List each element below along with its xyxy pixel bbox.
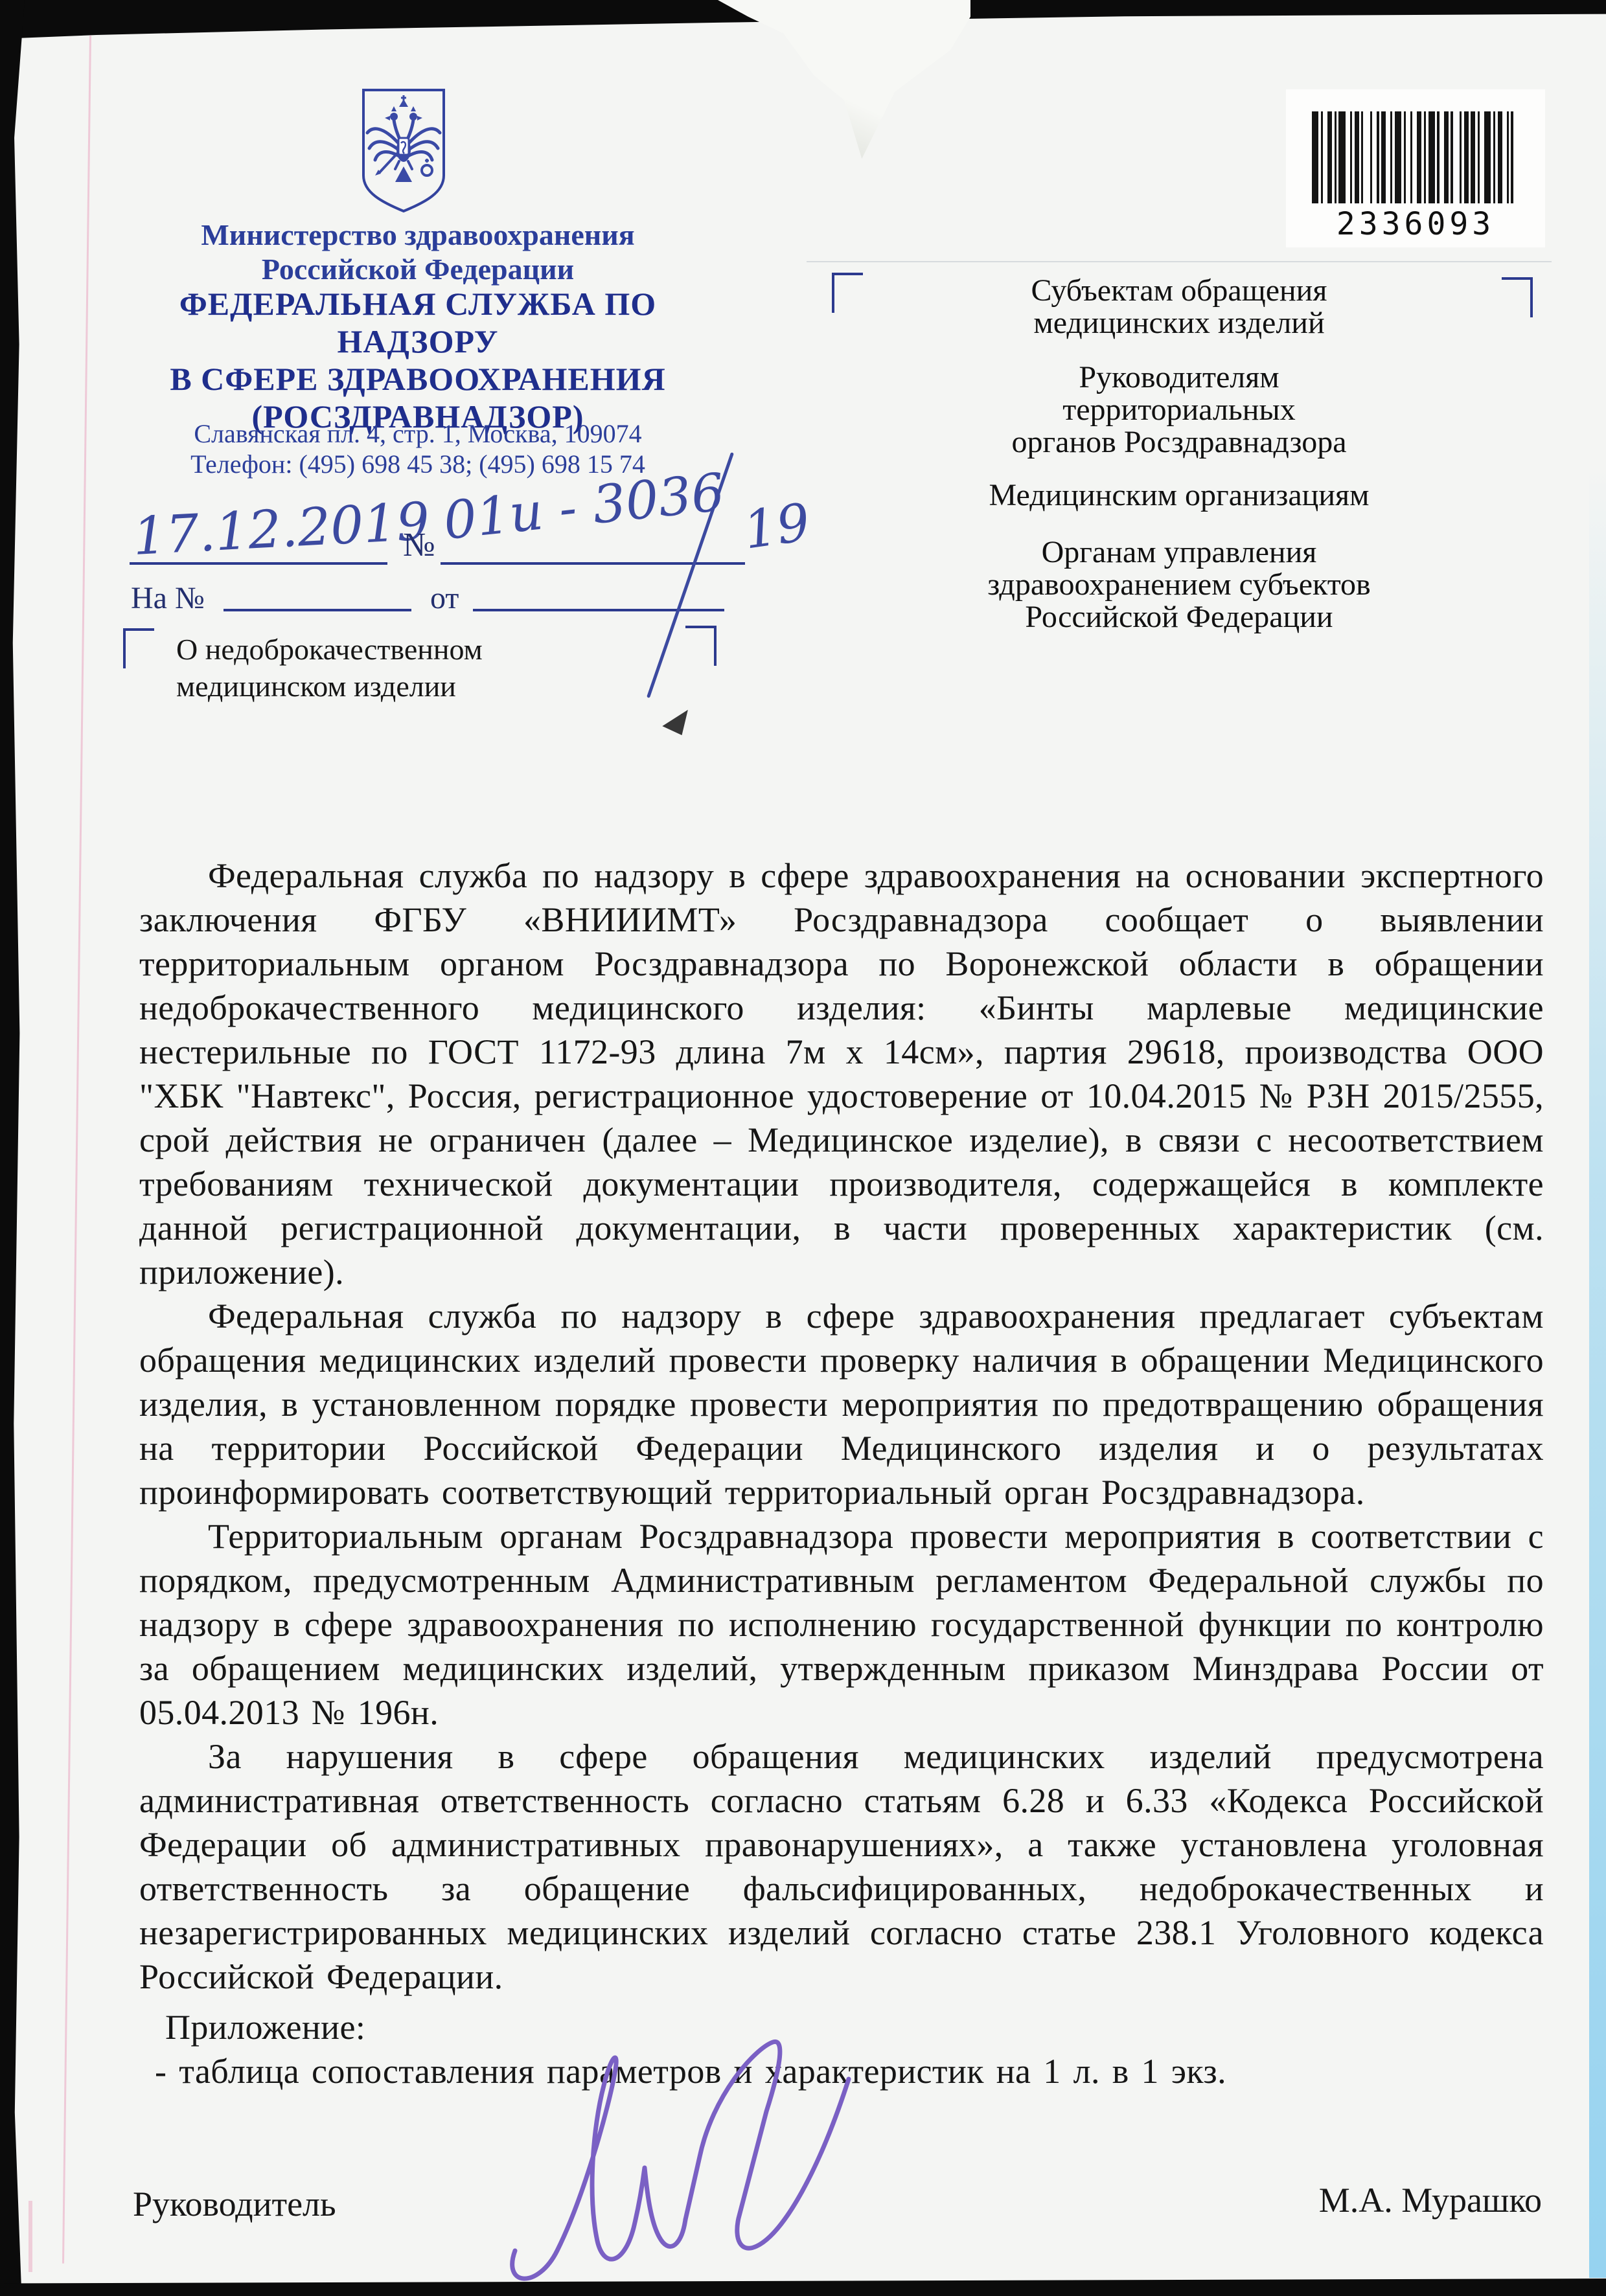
reply-from-label: от: [430, 580, 459, 616]
org-name: ФЕДЕРАЛЬНАЯ СЛУЖБА ПО НАДЗОРУ В СФЕРЕ ЗД…: [113, 285, 722, 435]
addressee-subjects: Субъектам обращения медицинских изделий: [842, 275, 1516, 339]
letter-body: Федеральная служба по надзору в сфере зд…: [139, 854, 1544, 2093]
paragraph-3: Территориальным органам Росздравнадзора …: [139, 1514, 1544, 1734]
number-sign-label: №: [403, 526, 435, 564]
faint-fold-line: [807, 261, 1552, 262]
scan-edge-left: [0, 0, 25, 2296]
paragraph-2: Федеральная служба по надзору в сфере зд…: [139, 1294, 1544, 1514]
org-address-phone: Славянская пл. 4, стр. 1, Москва, 109074…: [113, 418, 722, 479]
ministry-name: Министерство здравоохранения Российской …: [126, 218, 709, 286]
signer-name: М.А. Мурашко: [1153, 2180, 1542, 2220]
pink-smudge: [29, 2201, 32, 2272]
russia-coat-of-arms-icon: [358, 87, 449, 214]
cyan-scan-band: [1589, 466, 1606, 2278]
barcode-number: 2336093: [1296, 206, 1535, 242]
scanned-letter-page: Министерство здравоохранения Российской …: [0, 0, 1606, 2296]
signer-title: Руководитель: [133, 2184, 336, 2224]
number-underline: [441, 562, 745, 565]
paragraph-1: Федеральная служба по надзору в сфере зд…: [139, 854, 1544, 1294]
subject-bracket-left: [123, 628, 154, 668]
subject-bracket-right: [685, 626, 717, 666]
addressee-territorial-heads: Руководителям территориальных органов Ро…: [842, 361, 1516, 459]
pink-scan-line: [62, 36, 91, 2264]
barcode: [1312, 111, 1518, 203]
addressee-health-authorities: Органам управления здравоохранением субъ…: [842, 536, 1516, 633]
reply-date-blank: [473, 609, 724, 611]
torn-paper-corner: [718, 0, 970, 167]
reply-number-blank: [224, 609, 411, 611]
reply-to-number-label: На №: [131, 580, 205, 616]
handwritten-date: 17.12.2019: [132, 491, 431, 567]
ink-arrow-mark: [661, 710, 691, 737]
paragraph-4: За нарушения в сфере обращения медицинск…: [139, 1734, 1544, 1999]
addressee-medical-organizations: Медицинским организациям: [842, 479, 1516, 512]
handwritten-number-year: 19: [740, 492, 814, 560]
signature: [476, 2030, 891, 2296]
subject-line: О недоброкачественном медицинском издели…: [176, 631, 483, 705]
